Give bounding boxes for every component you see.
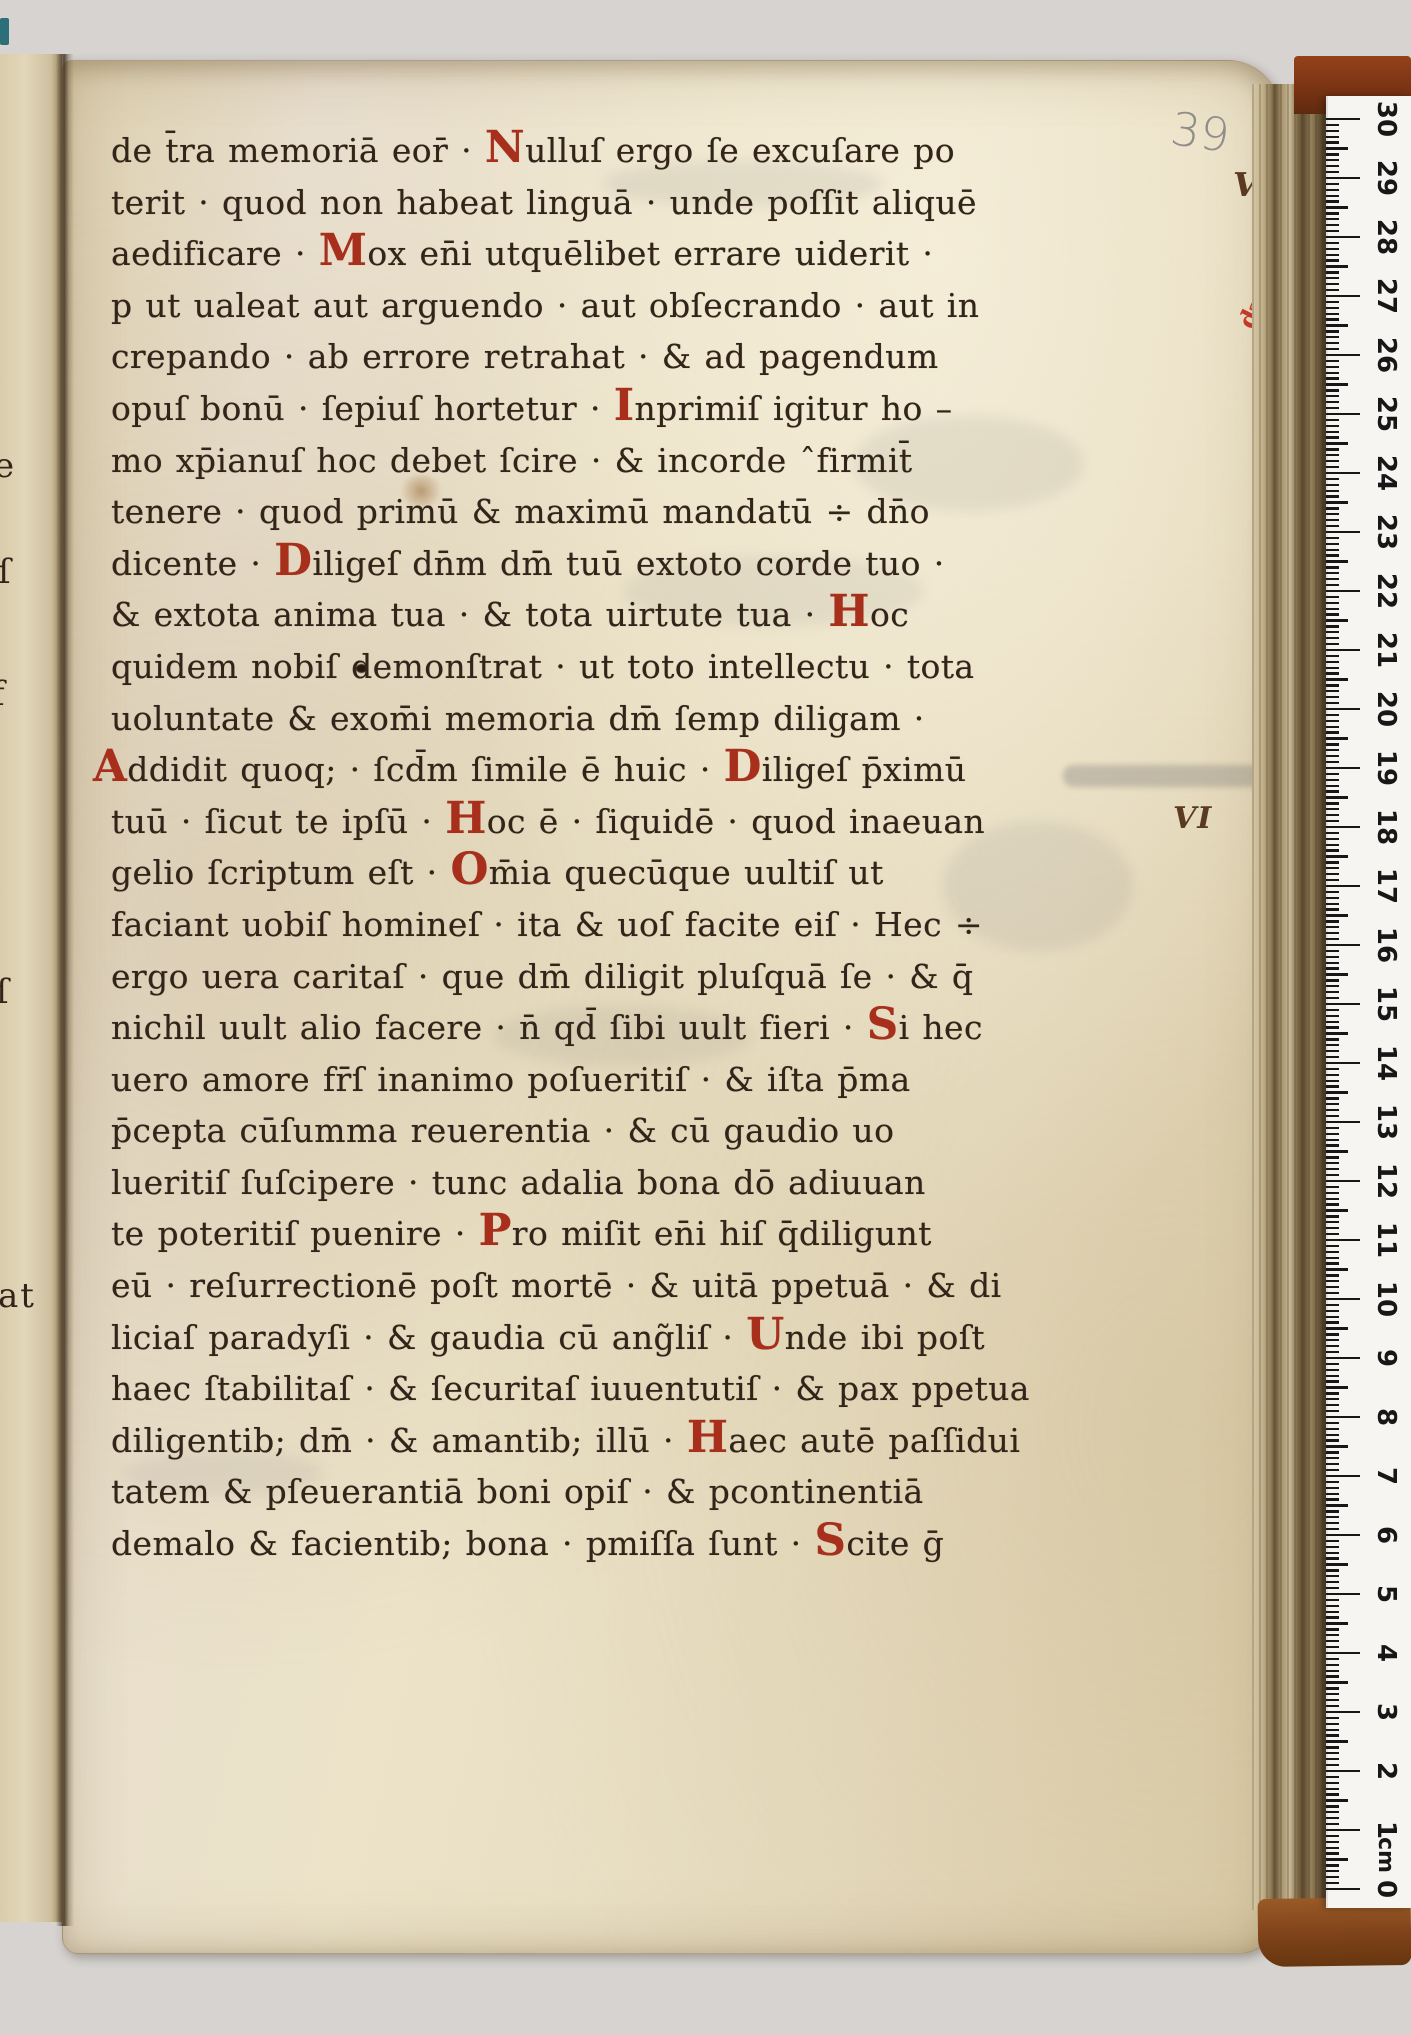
ruler-tick <box>1326 785 1339 787</box>
ruler-tick <box>1326 973 1348 975</box>
ruler-tick <box>1326 749 1339 751</box>
ruler-tick <box>1326 554 1339 556</box>
ruler-tick <box>1326 1799 1348 1801</box>
ruler-tick <box>1326 1752 1339 1754</box>
ruler-tick <box>1326 1445 1348 1447</box>
ruler-tick <box>1326 1711 1360 1713</box>
ruler-tick <box>1326 466 1339 468</box>
ruler-tick <box>1326 1557 1339 1559</box>
ruler-tick <box>1326 1634 1339 1636</box>
ruler-tick <box>1326 1841 1339 1843</box>
ruler-number: 24 <box>1372 455 1400 491</box>
ruler-tick <box>1326 1493 1339 1495</box>
ruler-tick <box>1326 171 1339 173</box>
ruler-number: 2 <box>1372 1753 1400 1789</box>
ruler-tick <box>1326 1298 1360 1300</box>
ruler-tick <box>1326 602 1339 604</box>
ruler-tick <box>1326 401 1339 403</box>
ruler-tick <box>1326 265 1348 267</box>
ruler-tick <box>1326 637 1339 639</box>
ruler-tick <box>1326 1504 1348 1506</box>
manuscript-line: tuū · ſicut te ipſū · Hoc ē · ſiquidē · … <box>111 796 1269 848</box>
ruler-tick <box>1326 855 1348 857</box>
ruler-tick <box>1326 1463 1339 1465</box>
ruler-number: 20 <box>1372 691 1400 727</box>
ruler-number: 14 <box>1372 1045 1400 1081</box>
ruler-tick <box>1326 1563 1348 1565</box>
ruler-tick <box>1326 720 1339 722</box>
ruler-tick <box>1326 436 1339 438</box>
ruler-tick <box>1326 1670 1339 1672</box>
ruler-tick <box>1326 1180 1360 1182</box>
ruler-tick <box>1326 1481 1339 1483</box>
manuscript-line: lueritiſ ſuſcipere · tunc adalia bona dō… <box>111 1157 1269 1209</box>
ruler-tick <box>1326 478 1339 480</box>
decorated-initial: H <box>445 793 487 844</box>
ruler-tick <box>1326 596 1339 598</box>
ruler-number: 27 <box>1372 278 1400 314</box>
decorated-initial: A <box>93 741 127 792</box>
ruler-tick <box>1326 507 1339 509</box>
ruler-tick <box>1326 796 1348 798</box>
ruler-tick <box>1326 944 1360 946</box>
ruler-tick <box>1326 613 1339 615</box>
text-segment: demalo & facientib; bona · pmiſſa ſunt · <box>111 1524 814 1563</box>
ruler-tick <box>1326 938 1339 940</box>
ruler-tick <box>1326 1198 1339 1200</box>
ruler-tick <box>1326 1587 1339 1589</box>
ruler-tick <box>1326 200 1339 202</box>
ruler-tick <box>1326 1693 1339 1695</box>
ruler-tick <box>1326 1251 1339 1253</box>
ruler-tick <box>1326 737 1348 739</box>
text-segment: terit · quod non habeat linguā · unde po… <box>111 183 977 222</box>
manuscript-line: p ut ualeat aut arguendo · aut obſecrand… <box>111 280 1269 332</box>
ruler-tick <box>1326 956 1339 958</box>
ruler-tick <box>1326 1121 1360 1123</box>
ruler-tick <box>1326 1622 1348 1624</box>
ruler-tick <box>1326 1162 1339 1164</box>
manuscript-line: tenere · quod primū & maximū mandatū ÷ d… <box>111 486 1269 538</box>
ruler-tick <box>1326 1150 1348 1152</box>
ruler-tick <box>1326 1770 1360 1772</box>
ruler-tick <box>1326 490 1339 492</box>
ruler-tick <box>1326 1740 1348 1742</box>
manuscript-line: faciant uobiſ homineſ · ita & uoſ facite… <box>111 899 1269 951</box>
ruler-tick <box>1326 1675 1339 1677</box>
ruler-tick <box>1326 1392 1339 1394</box>
ruler-tick <box>1326 1357 1360 1359</box>
manuscript-line: diligentib; dm̄ · & amantib; illū · Haec… <box>111 1415 1269 1467</box>
ruler-tick <box>1326 1699 1339 1701</box>
ruler-tick <box>1326 324 1348 326</box>
ruler-tick <box>1326 1044 1339 1046</box>
ruler-tick <box>1326 1056 1339 1058</box>
ruler-tick <box>1326 1339 1339 1341</box>
ruler-tick <box>1326 1091 1348 1093</box>
ruler-tick <box>1326 1835 1339 1837</box>
text-segment: iligeſ p̄ximū <box>762 750 967 789</box>
ruler-tick <box>1326 147 1348 149</box>
ruler-tick <box>1326 153 1339 155</box>
text-segment: mo xp̄ianuſ hoc debet ſcire · & incorde … <box>111 441 913 480</box>
ruler-tick <box>1326 124 1339 126</box>
ruler-tick <box>1326 218 1339 220</box>
text-segment: ox en̄i utquēlibet errare uiderit · <box>367 234 933 273</box>
ruler-tick <box>1326 1764 1339 1766</box>
ruler-tick <box>1326 731 1339 733</box>
ruler-tick <box>1326 1239 1360 1241</box>
ruler-tick <box>1326 590 1360 592</box>
ruler-tick <box>1326 1687 1339 1689</box>
ruler-number: 23 <box>1372 514 1400 550</box>
ruler-tick <box>1326 879 1339 881</box>
ruler-tick <box>1326 1203 1339 1205</box>
ruler-tick <box>1326 130 1339 132</box>
decorated-initial: D <box>724 741 762 792</box>
ruler-tick <box>1326 1705 1339 1707</box>
ruler-tick <box>1326 1616 1339 1618</box>
ruler-tick <box>1326 667 1339 669</box>
ruler-tick <box>1326 967 1339 969</box>
ruler-tick <box>1326 1852 1339 1854</box>
ruler-tick <box>1326 336 1339 338</box>
ruler-tick <box>1326 513 1339 515</box>
ruler-number: 6 <box>1372 1517 1400 1553</box>
ruler-number: 10 <box>1372 1281 1400 1317</box>
ruler-tick <box>1326 708 1360 710</box>
ruler-tick <box>1326 702 1339 704</box>
ruler-tick <box>1326 318 1339 320</box>
ruler-tick <box>1326 578 1339 580</box>
manuscript-line: quidem nobiſ demonſtrat · ut toto intell… <box>111 641 1269 693</box>
ruler-tick <box>1326 1085 1339 1087</box>
ruler-tick <box>1326 560 1348 562</box>
ruler-tick <box>1326 619 1348 621</box>
ruler-number: 1 <box>1372 1812 1400 1848</box>
ruler-tick <box>1326 1823 1339 1825</box>
ruler-tick <box>1326 820 1339 822</box>
text-segment: p ut ualeat aut arguendo · aut obſecrand… <box>111 286 979 325</box>
ruler-tick <box>1326 832 1339 834</box>
decorated-initial: I <box>614 380 635 431</box>
ruler-tick <box>1326 1611 1339 1613</box>
ruler-number: 0 <box>1372 1871 1400 1907</box>
ruler-tick <box>1326 413 1360 415</box>
ruler-tick <box>1326 1021 1339 1023</box>
ruler-tick <box>1326 1003 1360 1005</box>
text-segment: eū · reſurrectionē poſt mortē · & uitā p… <box>111 1266 1002 1305</box>
ruler-tick <box>1326 932 1339 934</box>
ruler-tick <box>1326 295 1360 297</box>
ruler-tick <box>1326 1734 1339 1736</box>
ruler-tick <box>1326 313 1339 315</box>
ruler-tick <box>1326 1268 1348 1270</box>
ruler-tick <box>1326 531 1360 533</box>
ruler-tick <box>1326 1658 1339 1660</box>
ruler-tick <box>1326 230 1339 232</box>
ruler-tick <box>1326 136 1339 138</box>
ruler-tick <box>1326 1416 1360 1418</box>
ruler-number: 8 <box>1372 1399 1400 1435</box>
ruler-tick <box>1326 1209 1348 1211</box>
ruler-tick <box>1326 1439 1339 1441</box>
ruler-tick <box>1326 1321 1339 1323</box>
ruler-tick <box>1326 259 1339 261</box>
ruler-tick <box>1326 979 1339 981</box>
ruler-tick <box>1326 608 1339 610</box>
ruler-tick <box>1326 1109 1339 1111</box>
text-segment: te poteritiſ puenire · <box>111 1214 479 1253</box>
ruler-tick <box>1326 773 1339 775</box>
ruler-tick <box>1326 366 1339 368</box>
text-segment: dicente · <box>111 544 274 583</box>
ruler-tick <box>1326 1032 1348 1034</box>
ruler-tick <box>1326 1038 1339 1040</box>
ruler-tick <box>1326 1664 1339 1666</box>
text-segment: gelio ſcriptum eſt · <box>111 853 450 892</box>
manuscript-line: liciaſ paradyſi · & gaudia cū ang̃liſ · … <box>111 1312 1269 1364</box>
ruler-tick <box>1326 236 1360 238</box>
text-segment: nde ibi poſt <box>785 1318 985 1357</box>
facing-page-edge: e ſ f ſ at <box>0 54 62 1922</box>
ruler-number: 18 <box>1372 809 1400 845</box>
manuscript-line: crepando · ab errore retrahat · & ad pag… <box>111 331 1269 383</box>
text-segment: ddidit quoq; · ſcd̄m ſimile ē huic · <box>127 750 723 789</box>
ruler-tick <box>1326 1192 1339 1194</box>
ruler-tick <box>1326 873 1339 875</box>
ruler-number: 29 <box>1372 160 1400 196</box>
ruler-tick <box>1326 289 1339 291</box>
text-block: de t̄ra memoriā eor̄ · Nulluſ ergo ſe ex… <box>111 125 1269 1570</box>
ruler-tick <box>1326 584 1339 586</box>
ruler-tick <box>1326 1599 1339 1601</box>
ruler: cm 0123456789101112131415161718192021222… <box>1326 96 1411 1908</box>
ruler-tick <box>1326 472 1360 474</box>
manuscript-line: opuſ bonū · ſepiuſ hortetur · Inprimiſ i… <box>111 383 1269 435</box>
ruler-number: 13 <box>1372 1104 1400 1140</box>
ruler-tick <box>1326 1369 1339 1371</box>
ruler-tick <box>1326 849 1339 851</box>
manuscript-line: terit · quod non habeat linguā · unde po… <box>111 177 1269 229</box>
ruler-tick <box>1326 206 1348 208</box>
ruler-tick <box>1326 891 1339 893</box>
ruler-tick <box>1326 861 1339 863</box>
ruler-tick <box>1326 1186 1339 1188</box>
ruler-number: 19 <box>1372 750 1400 786</box>
ruler-tick <box>1326 631 1339 633</box>
ruler-tick <box>1326 189 1339 191</box>
manuscript-line: eū · reſurrectionē poſt mortē · & uitā p… <box>111 1260 1269 1312</box>
ruler-tick <box>1326 1215 1339 1217</box>
manuscript-line: aedificare · Mox en̄i utquēlibet errare … <box>111 228 1269 280</box>
manuscript-line: haec ſtabilitaſ · & ſecuritaſ iuuentutiſ… <box>111 1363 1269 1415</box>
ruler-number: 28 <box>1372 219 1400 255</box>
ruler-tick <box>1326 525 1339 527</box>
ruler-tick <box>1326 985 1339 987</box>
ruler-tick <box>1326 672 1339 674</box>
decorated-initial: D <box>274 535 312 586</box>
ruler-tick <box>1326 1156 1339 1158</box>
ruler-tick <box>1326 360 1339 362</box>
ruler-number: 11 <box>1372 1222 1400 1258</box>
manuscript-line: nichil uult alio facere · n̄ qd̄ ſibi uu… <box>111 1002 1269 1054</box>
text-segment: opuſ bonū · ſepiuſ hortetur · <box>111 389 614 428</box>
text-segment: ulluſ ergo ſe excuſare po <box>525 131 955 170</box>
ruler-tick <box>1326 926 1339 928</box>
text-segment: crepando · ab errore retrahat · & ad pag… <box>111 337 939 376</box>
ruler-tick <box>1326 224 1339 226</box>
ruler-tick <box>1326 1068 1339 1070</box>
ruler-tick <box>1326 442 1348 444</box>
decorated-initial: O <box>450 844 488 895</box>
ruler-tick <box>1326 519 1339 521</box>
ruler-tick <box>1326 1280 1339 1282</box>
manuscript-line: ergo uera caritaſ · que dm̄ diligit pluſ… <box>111 951 1269 1003</box>
ruler-tick <box>1326 1451 1339 1453</box>
ruler-tick <box>1326 1009 1339 1011</box>
ruler-tick <box>1326 1870 1339 1872</box>
text-segment: oc <box>870 595 909 634</box>
ruler-tick <box>1326 1015 1339 1017</box>
ruler-tick <box>1326 1174 1339 1176</box>
ruler-tick <box>1326 1074 1339 1076</box>
ruler-tick <box>1326 1133 1339 1135</box>
text-segment: quidem nobiſ demonſtrat · ut toto intell… <box>111 647 975 686</box>
ruler-tick <box>1326 1487 1339 1489</box>
ruler-tick <box>1326 1080 1339 1082</box>
ruler-tick <box>1326 1652 1360 1654</box>
ruler-tick <box>1326 1316 1339 1318</box>
ruler-tick <box>1326 277 1339 279</box>
ruler-tick <box>1326 566 1339 568</box>
book-fore-edge <box>1252 84 1328 1910</box>
ruler-tick <box>1326 1386 1348 1388</box>
manuscript-line: p̄cepta cūſumma reuerentia · & cū gaudio… <box>111 1105 1269 1157</box>
ruler-tick <box>1326 1593 1360 1595</box>
ruler-tick <box>1326 1876 1339 1878</box>
ruler-tick <box>1326 431 1339 433</box>
manuscript-line: Addidit quoq; · ſcd̄m ſimile ē huic · Di… <box>93 744 1269 796</box>
ruler-tick <box>1326 1516 1339 1518</box>
ruler-tick <box>1326 307 1339 309</box>
text-segment: de t̄ra memoriā eor̄ · <box>111 131 485 170</box>
ruler-tick <box>1326 1552 1339 1554</box>
ruler-number: 15 <box>1372 986 1400 1022</box>
ruler-tick <box>1326 460 1339 462</box>
ruler-tick <box>1326 838 1339 840</box>
ruler-tick <box>1326 1050 1339 1052</box>
ruler-tick <box>1326 448 1339 450</box>
ruler-tick <box>1326 271 1339 273</box>
ruler-tick <box>1326 1127 1339 1129</box>
ruler-tick <box>1326 991 1339 993</box>
ruler-tick <box>1326 1882 1339 1884</box>
text-segment: lueritiſ ſuſcipere · tunc adalia bona dō… <box>111 1163 926 1202</box>
ruler-tick <box>1326 914 1348 916</box>
decorated-initial: H <box>828 586 870 637</box>
ruler-tick <box>1326 743 1339 745</box>
manuscript-line: te poteritiſ puenire · Pro miſit en̄i hi… <box>111 1208 1269 1260</box>
ruler-tick <box>1326 330 1339 332</box>
ruler-tick <box>1326 1422 1339 1424</box>
ruler-tick <box>1326 1847 1339 1849</box>
ruler-tick <box>1326 1404 1339 1406</box>
ruler-tick <box>1326 1805 1339 1807</box>
ruler-tick <box>1326 301 1339 303</box>
ruler-tick <box>1326 1428 1339 1430</box>
ruler-tick <box>1326 1274 1339 1276</box>
ruler-tick <box>1326 1681 1348 1683</box>
ruler-tick <box>1326 1333 1339 1335</box>
ruler-tick <box>1326 1817 1339 1819</box>
text-segment: i hec <box>899 1008 983 1047</box>
ruler-tick <box>1326 1139 1339 1141</box>
ruler-tick <box>1326 1729 1339 1731</box>
text-segment: m̄ia quecūque uultiſ ut <box>489 853 884 892</box>
text-segment: iligeſ dn̄m dm̄ tuū extoto corde tuo · <box>312 544 944 583</box>
ruler-number: 22 <box>1372 573 1400 609</box>
gutter-shadow <box>56 54 74 1926</box>
decorated-initial: U <box>746 1309 784 1360</box>
manuscript-line: gelio ſcriptum eſt · Om̄ia quecūque uult… <box>111 847 1269 899</box>
ruler-tick <box>1326 1640 1339 1642</box>
ruler-tick <box>1326 997 1339 999</box>
ruler-tick <box>1326 1776 1339 1778</box>
ruler-tick <box>1326 1345 1339 1347</box>
ruler-tick <box>1326 1103 1339 1105</box>
ruler-tick <box>1326 643 1339 645</box>
ruler-tick <box>1326 1233 1339 1235</box>
ruler-tick <box>1326 572 1339 574</box>
ruler-number: 17 <box>1372 868 1400 904</box>
manuscript-line: uoluntate & exom̄i memoria dm̄ ſemp dili… <box>111 693 1269 745</box>
text-segment: tuū · ſicut te ipſū · <box>111 802 445 841</box>
manuscript-photo: e ſ f ſ at 39 V da VI de t̄ra memoriā eo… <box>0 0 1411 2035</box>
ruler-tick <box>1326 1528 1339 1530</box>
ruler-tick <box>1326 903 1339 905</box>
ruler-tick <box>1326 1410 1339 1412</box>
text-segment: & extota anima tua · & tota uirtute tua … <box>111 595 828 634</box>
ruler-tick <box>1326 1469 1339 1471</box>
ruler-tick <box>1326 395 1339 397</box>
ruler-tick <box>1326 1569 1339 1571</box>
ruler-tick <box>1326 1062 1360 1064</box>
ruler-number: 25 <box>1372 396 1400 432</box>
ruler-tick <box>1326 1746 1339 1748</box>
ruler-tick <box>1326 726 1339 728</box>
ruler-tick <box>1326 1227 1339 1229</box>
ruler-tick <box>1326 844 1339 846</box>
ruler-number: 21 <box>1372 632 1400 668</box>
decorated-initial: M <box>319 225 368 276</box>
ruler-tick <box>1326 1026 1339 1028</box>
ruler-tick <box>1326 1782 1339 1784</box>
text-segment: tatem & pſeuerantiā boni opiſ · & pconti… <box>111 1472 924 1511</box>
ruler-tick <box>1326 767 1360 769</box>
ruler-tick <box>1326 1398 1339 1400</box>
decorated-initial: S <box>867 999 899 1050</box>
ruler-tick <box>1326 1605 1339 1607</box>
ruler-tick <box>1326 407 1339 409</box>
ruler-tick <box>1326 1793 1339 1795</box>
ruler-tick <box>1326 1168 1339 1170</box>
ruler-tick <box>1326 655 1339 657</box>
ruler-tick <box>1326 714 1339 716</box>
ruler-tick <box>1326 690 1339 692</box>
ruler-tick <box>1326 1475 1360 1477</box>
ruler-tick <box>1326 761 1339 763</box>
